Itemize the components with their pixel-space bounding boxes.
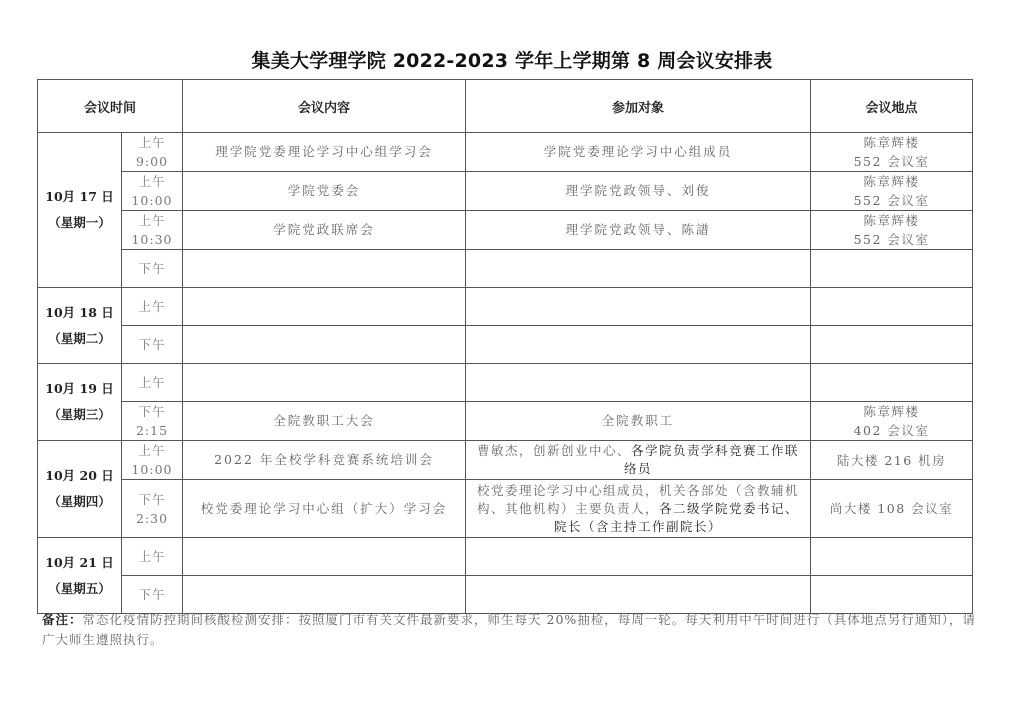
meeting-attendees [466,250,811,288]
footnote-text: 常态化疫情防控期间核酸检测安排：按照厦门市有关文件最新要求，师生每天 20%抽检… [42,612,976,647]
header-attendees: 参加对象 [466,80,811,133]
meeting-location: 陈章辉楼552 会议室 [811,172,973,211]
time-slot: 上午10:00 [122,172,183,211]
meeting-location [811,576,973,614]
table-row: 10月 17 日（星期一） 上午9:00 理学院党委理论学习中心组学习会 学院党… [38,133,973,172]
table-row: 10月 18 日（星期二） 上午 [38,288,973,326]
table-row: 下午 [38,576,973,614]
meeting-attendees: 曹敏杰，创新创业中心、各学院负责学科竞赛工作联络员 [466,441,811,480]
meeting-location: 尚大楼 108 会议室 [811,480,973,538]
date-cell: 10月 20 日（星期四） [38,441,122,538]
time-slot: 下午 [122,250,183,288]
time-slot: 上午9:00 [122,133,183,172]
meeting-attendees [466,326,811,364]
table-row: 下午 [38,326,973,364]
table-row: 下午2:30 校党委理论学习中心组（扩大）学习会 校党委理论学习中心组成员，机关… [38,480,973,538]
meeting-attendees: 全院教职工 [466,402,811,441]
meeting-attendees [466,576,811,614]
table-row: 上午10:00 学院党委会 理学院党政领导、刘俊 陈章辉楼552 会议室 [38,172,973,211]
page-title: 集美大学理学院 2022-2023 学年上学期第 8 周会议安排表 [0,46,1024,73]
meeting-attendees: 学院党委理论学习中心组成员 [466,133,811,172]
meeting-location: 陆大楼 216 机房 [811,441,973,480]
weekday-label: （星期一） [48,215,111,230]
table-row: 上午10:30 学院党政联席会 理学院党政领导、陈譜 陈章辉楼552 会议室 [38,211,973,250]
meeting-content [183,576,466,614]
date-label: 10月 17 日 [45,189,114,204]
meeting-content: 校党委理论学习中心组（扩大）学习会 [183,480,466,538]
meeting-content: 学院党委会 [183,172,466,211]
meeting-content: 理学院党委理论学习中心组学习会 [183,133,466,172]
meeting-location: 陈章辉楼552 会议室 [811,211,973,250]
meeting-content: 学院党政联席会 [183,211,466,250]
meeting-location: 陈章辉楼402 会议室 [811,402,973,441]
meeting-content [183,538,466,576]
meeting-attendees: 校党委理论学习中心组成员，机关各部处（含教辅机构、其他机构）主要负责人，各二级学… [466,480,811,538]
footnote: 备注：常态化疫情防控期间核酸检测安排：按照厦门市有关文件最新要求，师生每天 20… [42,610,977,650]
meeting-attendees: 理学院党政领导、刘俊 [466,172,811,211]
table-row: 下午2:15 全院教职工大会 全院教职工 陈章辉楼402 会议室 [38,402,973,441]
table-row: 10月 21 日（星期五） 上午 [38,538,973,576]
time-slot: 下午 [122,326,183,364]
meeting-content [183,250,466,288]
meeting-content [183,364,466,402]
meeting-location: 陈章辉楼552 会议室 [811,133,973,172]
meeting-attendees: 理学院党政领导、陈譜 [466,211,811,250]
date-cell: 10月 21 日（星期五） [38,538,122,614]
meeting-location [811,326,973,364]
table-row: 10月 19 日（星期三） 上午 [38,364,973,402]
date-cell: 10月 18 日（星期二） [38,288,122,364]
meeting-location [811,288,973,326]
meeting-location [811,250,973,288]
time-slot: 下午2:15 [122,402,183,441]
time-slot: 上午 [122,288,183,326]
header-location: 会议地点 [811,80,973,133]
meeting-attendees [466,288,811,326]
time-slot: 上午 [122,364,183,402]
table-header-row: 会议时间 会议内容 参加对象 会议地点 [38,80,973,133]
table-row: 下午 [38,250,973,288]
date-cell: 10月 17 日（星期一） [38,133,122,288]
header-content: 会议内容 [183,80,466,133]
table-row: 10月 20 日（星期四） 上午10:00 2022 年全校学科竞赛系统培训会 … [38,441,973,480]
meeting-attendees [466,364,811,402]
time-slot: 下午 [122,576,183,614]
meeting-schedule-table: 会议时间 会议内容 参加对象 会议地点 10月 17 日（星期一） 上午9:00… [37,79,973,614]
footnote-label: 备注： [42,612,83,627]
meeting-content: 全院教职工大会 [183,402,466,441]
meeting-content [183,326,466,364]
date-cell: 10月 19 日（星期三） [38,364,122,441]
meeting-content [183,288,466,326]
meeting-content: 2022 年全校学科竞赛系统培训会 [183,441,466,480]
meeting-attendees [466,538,811,576]
time-slot: 上午10:30 [122,211,183,250]
time-slot: 下午2:30 [122,480,183,538]
meeting-location [811,538,973,576]
header-time: 会议时间 [38,80,183,133]
meeting-location [811,364,973,402]
time-slot: 上午 [122,538,183,576]
time-slot: 上午10:00 [122,441,183,480]
